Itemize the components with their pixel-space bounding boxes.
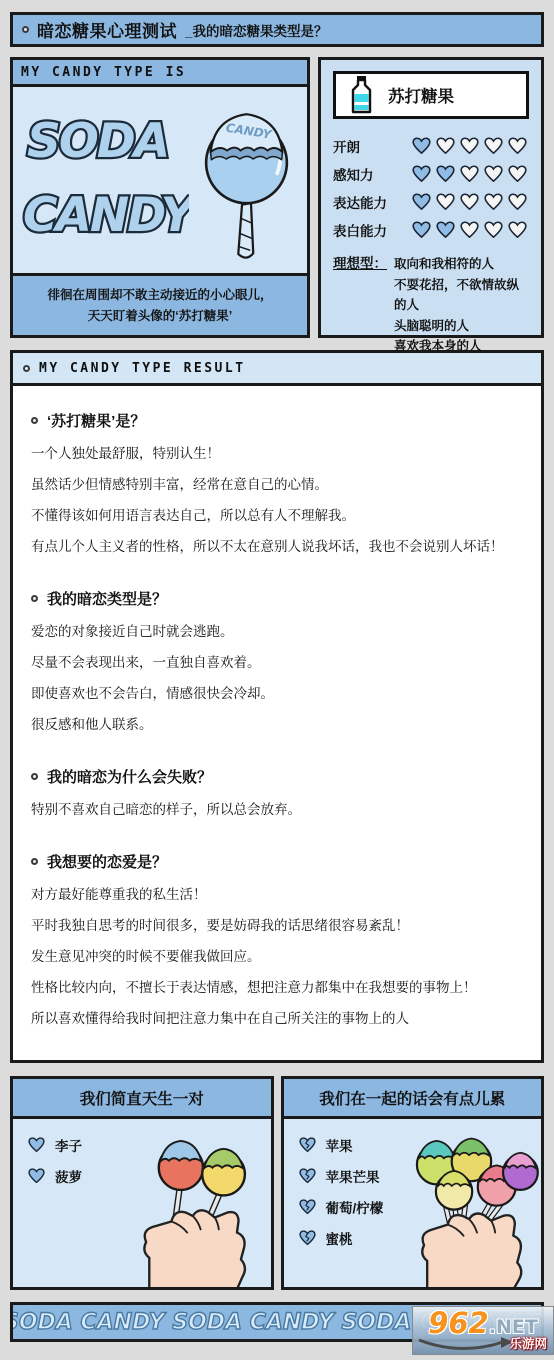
watermark-962: 962	[428, 1309, 489, 1338]
result-line: 虽然话少但情感特别丰富，经常在意自己的心情。	[31, 469, 523, 500]
candy-type-card-body: SODA CANDY CANDY	[13, 87, 307, 273]
broken-heart-icon	[299, 1137, 316, 1153]
section-title-text: 我想要的恋爱是？	[47, 851, 167, 872]
result-line: 对方最好能尊重我的私生活！	[31, 879, 523, 910]
empty-heart-icon	[436, 137, 455, 155]
empty-heart-icon	[460, 193, 479, 211]
page: 暗恋糖果心理测试 _我的暗恋糖果类型是？ MY CANDY TYPE IS SO…	[0, 0, 554, 1360]
result-card-body: ‘苏打糖果’是？ 一个人独处最舒服，特别认生！ 虽然话少但情感特别丰富，经常在意…	[13, 386, 541, 1060]
bullet-icon	[31, 417, 38, 424]
top-row: MY CANDY TYPE IS SODA CANDY CANDY 徘徊在周围	[10, 57, 544, 338]
watermark: 962 .NET 乐游网	[412, 1306, 554, 1355]
rating-hearts	[412, 137, 527, 155]
empty-heart-icon	[460, 221, 479, 239]
result-line: 所以喜欢懂得给我时间把注意力集中在自己所关注的事物上的人	[31, 1003, 523, 1034]
empty-heart-icon	[484, 137, 503, 155]
full-heart-icon	[412, 165, 431, 183]
soda-candy-bubble-text: SODA CANDY	[21, 95, 189, 265]
match-item: 葡萄/柠檬	[299, 1197, 542, 1217]
result-card-header: MY CANDY TYPE RESULT	[13, 353, 541, 386]
match-item-label: 苹果	[326, 1135, 353, 1155]
empty-heart-icon	[436, 193, 455, 211]
match-item: 蜜桃	[299, 1228, 542, 1248]
rating-hearts	[412, 221, 527, 239]
match-card-good-header: 我们简直天生一对	[13, 1079, 271, 1119]
full-heart-icon	[436, 221, 455, 239]
page-title: 暗恋糖果心理测试	[37, 17, 177, 42]
broken-heart-icon	[299, 1199, 316, 1215]
empty-heart-icon	[484, 165, 503, 183]
lollipop-illustration: CANDY	[189, 94, 307, 266]
result-line: 很反感和他人联系。	[31, 709, 523, 740]
ideal-item: 不耍花招，不欲情故纵的人	[394, 275, 529, 316]
full-heart-icon	[412, 137, 431, 155]
result-section-title: 我的暗恋为什么会失败？	[31, 766, 523, 787]
result-line: 发生意见冲突的时候不要催我做回应。	[31, 941, 523, 972]
result-line: 尽量不会表现出来，一直独自喜欢着。	[31, 647, 523, 678]
match-item-label: 李子	[55, 1135, 82, 1155]
full-heart-icon	[412, 193, 431, 211]
full-heart-icon	[412, 221, 431, 239]
rating-row: 开朗	[333, 136, 529, 156]
rating-label: 开朗	[333, 136, 412, 156]
empty-heart-icon	[460, 165, 479, 183]
empty-heart-icon	[484, 193, 503, 211]
empty-heart-icon	[508, 165, 527, 183]
watermark-swoosh-icon	[417, 1336, 513, 1354]
match-list: 苹果 苹果芒果 葡萄/柠檬 蜜桃	[299, 1135, 542, 1248]
candy-type-caption: 徘徊在周围却不敢主动接近的小心眼儿， 天天盯着头像的‘苏打糖果’	[13, 273, 307, 335]
broken-heart-icon	[299, 1230, 316, 1246]
result-section-title: ‘苏打糖果’是？	[31, 410, 523, 431]
result-line: 有点儿个人主义者的性格，所以不太在意别人说我坏话，我也不会说别人坏话！	[31, 531, 523, 562]
ratings: 开朗 感知力 表达能力 表白能力	[333, 136, 529, 240]
empty-heart-icon	[484, 221, 503, 239]
match-item: 菠萝	[28, 1166, 271, 1186]
match-item-label: 蜜桃	[326, 1228, 353, 1248]
broken-heart-icon	[299, 1168, 316, 1184]
result-line: 平时我独自思考的时间很多，要是妨碍我的话思绪很容易紊乱！	[31, 910, 523, 941]
bullet-icon	[31, 773, 38, 780]
rating-label: 表白能力	[333, 220, 412, 240]
rating-label: 表达能力	[333, 192, 412, 212]
caption-line-1: 徘徊在周围却不敢主动接近的小心眼儿，	[15, 285, 305, 306]
section-title-text: 我的暗恋类型是？	[47, 588, 167, 609]
match-list: 李子 菠萝	[28, 1135, 271, 1186]
empty-heart-icon	[508, 137, 527, 155]
bottom-row: 我们简直天生一对 李子 菠萝	[10, 1076, 544, 1290]
match-item-label: 苹果芒果	[326, 1166, 380, 1186]
caption-line-2: 天天盯着头像的‘苏打糖果’	[15, 306, 305, 327]
page-subtitle: _我的暗恋糖果类型是？	[185, 20, 328, 40]
full-heart-icon	[28, 1137, 45, 1153]
bullet-icon	[31, 595, 38, 602]
stats-card: 苏打糖果 开朗 感知力 表达能力 表白能力	[318, 57, 544, 338]
match-card-good: 我们简直天生一对 李子 菠萝	[10, 1076, 274, 1290]
result-section-title: 我想要的恋爱是？	[31, 851, 523, 872]
bullet-icon	[31, 858, 38, 865]
svg-text:SODA: SODA	[27, 114, 168, 169]
result-line: 一个人独处最舒服，特别认生！	[31, 438, 523, 469]
page-title-bar: 暗恋糖果心理测试 _我的暗恋糖果类型是？	[10, 12, 544, 47]
section-title-text: 我的暗恋为什么会失败？	[47, 766, 212, 787]
stats-card-title: 苏打糖果	[388, 83, 454, 107]
candy-type-card: MY CANDY TYPE IS SODA CANDY CANDY 徘徊在周围	[10, 57, 310, 338]
empty-heart-icon	[508, 193, 527, 211]
ideal-type-items: 取向和我相符的人 不耍花招，不欲情故纵的人 头脑聪明的人 喜欢我本身的人	[394, 254, 529, 357]
result-header-label: MY CANDY TYPE RESULT	[39, 361, 246, 376]
rating-label: 感知力	[333, 164, 412, 184]
ideal-item: 喜欢我本身的人	[394, 336, 529, 357]
ideal-type-label: 理想型：	[333, 254, 387, 274]
rating-row: 表白能力	[333, 220, 529, 240]
match-item-label: 菠萝	[55, 1166, 82, 1186]
bullet-icon	[23, 365, 30, 372]
section-title-text: ‘苏打糖果’是？	[47, 410, 145, 431]
rating-row: 表达能力	[333, 192, 529, 212]
full-heart-icon	[28, 1168, 45, 1184]
ideal-type-block: 理想型： 取向和我相符的人 不耍花招，不欲情故纵的人 头脑聪明的人 喜欢我本身的…	[333, 254, 529, 357]
candy-type-card-header: MY CANDY TYPE IS	[13, 60, 307, 87]
full-heart-icon	[436, 165, 455, 183]
bullet-icon	[22, 26, 29, 33]
match-card-good-body: 李子 菠萝	[13, 1119, 271, 1287]
match-item-label: 葡萄/柠檬	[326, 1197, 384, 1217]
match-item: 苹果芒果	[299, 1166, 542, 1186]
result-line: 即使喜欢也不会告白，情感很快会冷却。	[31, 678, 523, 709]
match-item: 苹果	[299, 1135, 542, 1155]
watermark-site-name: 乐游网	[509, 1334, 547, 1352]
match-card-bad-body: 苹果 苹果芒果 葡萄/柠檬 蜜桃	[284, 1119, 542, 1287]
stats-title-box: 苏打糖果	[333, 71, 529, 119]
match-card-bad-header: 我们在一起的话会有点儿累	[284, 1079, 542, 1119]
result-line: 不懂得该如何用语言表达自己，所以总有人不理解我。	[31, 500, 523, 531]
result-line: 性格比较内向，不擅长于表达情感，想把注意力都集中在我想要的事物上！	[31, 972, 523, 1003]
empty-heart-icon	[460, 137, 479, 155]
empty-heart-icon	[508, 221, 527, 239]
match-card-bad: 我们在一起的话会有点儿累 苹果 苹果芒果 葡萄/柠檬	[281, 1076, 545, 1290]
soda-bottle-icon	[348, 75, 375, 115]
result-line: 爱恋的对象接近自己时就会逃跑。	[31, 616, 523, 647]
rating-hearts	[412, 193, 527, 211]
result-line: 特别不喜欢自己暗恋的样子，所以总会放弃。	[31, 794, 523, 825]
rating-row: 感知力	[333, 164, 529, 184]
rating-hearts	[412, 165, 527, 183]
result-section-title: 我的暗恋类型是？	[31, 588, 523, 609]
result-card: MY CANDY TYPE RESULT ‘苏打糖果’是？ 一个人独处最舒服，特…	[10, 350, 544, 1063]
svg-text:CANDY: CANDY	[23, 188, 189, 243]
match-item: 李子	[28, 1135, 271, 1155]
ideal-item: 头脑聪明的人	[394, 316, 529, 337]
ideal-item: 取向和我相符的人	[394, 254, 529, 275]
